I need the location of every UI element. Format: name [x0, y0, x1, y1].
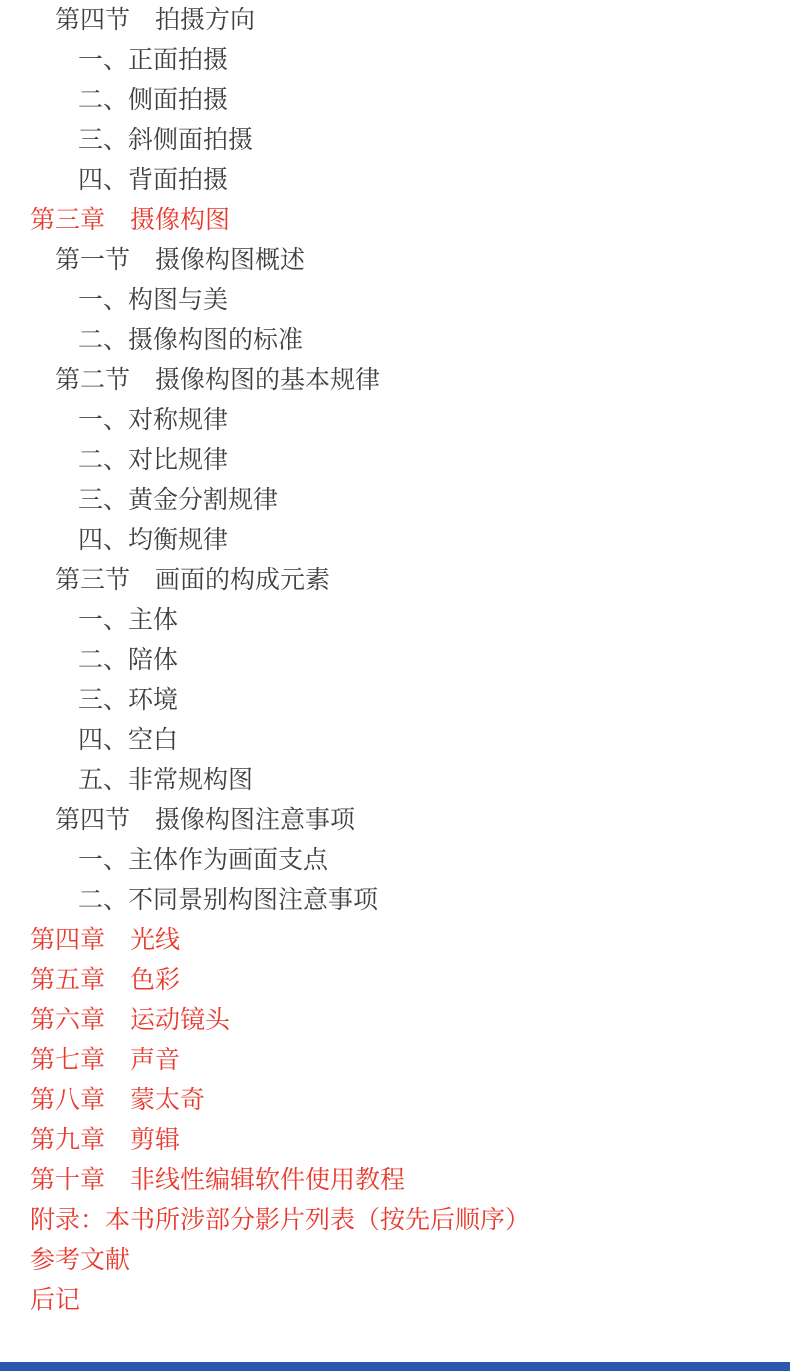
toc-entry-subsection: 一、对称规律: [0, 400, 790, 440]
toc-entry-subsection: 三、环境: [0, 680, 790, 720]
toc-entry-chapter: 第四章 光线: [0, 920, 790, 960]
toc-entry-chapter: 第七章 声音: [0, 1040, 790, 1080]
toc-entry-subsection: 四、均衡规律: [0, 520, 790, 560]
toc-entry-section: 第四节 摄像构图注意事项: [0, 800, 790, 840]
toc-entry-chapter: 后记: [0, 1280, 790, 1320]
toc-entry-subsection: 二、摄像构图的标准: [0, 320, 790, 360]
toc-entry-subsection: 一、主体作为画面支点: [0, 840, 790, 880]
toc-entry-subsection: 三、斜侧面拍摄: [0, 120, 790, 160]
toc-entry-subsection: 四、空白: [0, 720, 790, 760]
toc-entry-subsection: 三、黄金分割规律: [0, 480, 790, 520]
toc-entry-subsection: 二、不同景别构图注意事项: [0, 880, 790, 920]
toc-entry-chapter: 第八章 蒙太奇: [0, 1080, 790, 1120]
toc-entry-section: 第四节 拍摄方向: [0, 0, 790, 40]
toc-entry-subsection: 一、主体: [0, 600, 790, 640]
toc-entry-chapter: 第十章 非线性编辑软件使用教程: [0, 1160, 790, 1200]
toc-entry-chapter: 附录：本书所涉部分影片列表（按先后顺序）: [0, 1200, 790, 1240]
toc-entry-chapter: 第六章 运动镜头: [0, 1000, 790, 1040]
toc-entry-subsection: 一、正面拍摄: [0, 40, 790, 80]
page-bottom-bar: [0, 1362, 790, 1371]
toc-entry-subsection: 五、非常规构图: [0, 760, 790, 800]
toc-entry-section: 第三节 画面的构成元素: [0, 560, 790, 600]
toc-entry-subsection: 一、构图与美: [0, 280, 790, 320]
toc-entry-section: 第一节 摄像构图概述: [0, 240, 790, 280]
toc-entry-chapter: 参考文献: [0, 1240, 790, 1280]
toc-entry-subsection: 四、背面拍摄: [0, 160, 790, 200]
toc-entry-section: 第二节 摄像构图的基本规律: [0, 360, 790, 400]
toc-entry-chapter: 第五章 色彩: [0, 960, 790, 1000]
toc-entry-chapter: 第九章 剪辑: [0, 1120, 790, 1160]
toc-entry-subsection: 二、对比规律: [0, 440, 790, 480]
toc-list: 第四节 拍摄方向一、正面拍摄二、侧面拍摄三、斜侧面拍摄四、背面拍摄第三章 摄像构…: [0, 0, 790, 1320]
toc-entry-subsection: 二、侧面拍摄: [0, 80, 790, 120]
toc-entry-chapter: 第三章 摄像构图: [0, 200, 790, 240]
toc-entry-subsection: 二、陪体: [0, 640, 790, 680]
